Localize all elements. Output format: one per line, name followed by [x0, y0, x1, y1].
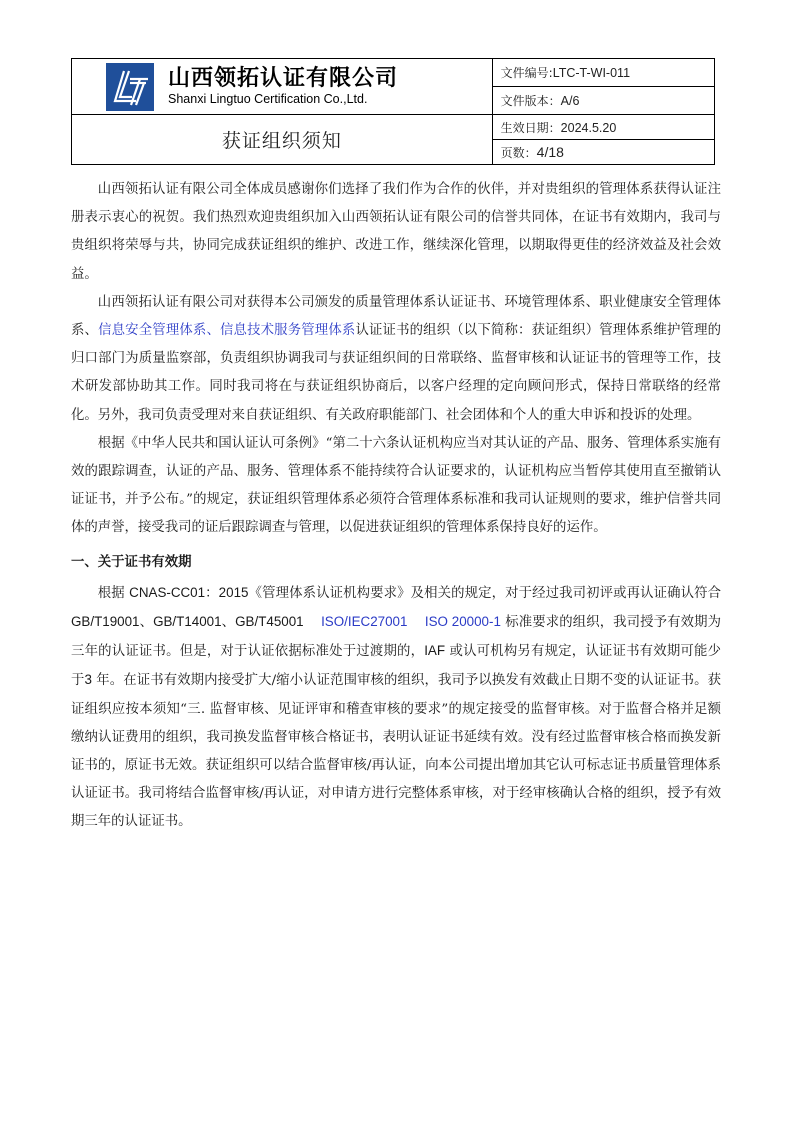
- document-body: 山西领拓认证有限公司全体成员感谢你们选择了我们作为合作的伙伴，并对贵组织的管理体…: [71, 176, 721, 837]
- doc-number: LTC-T-WI-011: [553, 66, 630, 80]
- paragraph-text: 根据: [98, 586, 129, 601]
- iso-20000: ISO 20000-1: [425, 614, 501, 629]
- lt-logo-icon: [106, 63, 154, 111]
- document-title: 获证组织须知: [222, 130, 342, 152]
- company-name-en: Shanxi Lingtuo Certification Co.,Ltd.: [168, 93, 398, 106]
- paragraph-text: 《管理体系认证机构要求》及相关的规定，对于经过我司初评或再认证确认符合: [248, 586, 721, 601]
- paragraph-validity: 根据 CNAS-CC01：2015《管理体系认证机构要求》及相关的规定，对于经过…: [71, 579, 721, 837]
- paragraph-text: 年。在证书有效期内接受扩大/缩小认证范围审核的组织，我司予以换发有效截止日期不变…: [71, 673, 721, 829]
- document-header-table: 山西领拓认证有限公司 Shanxi Lingtuo Certification …: [71, 58, 715, 165]
- cnas-reference: CNAS-CC01：2015: [129, 585, 248, 600]
- three-years: 3: [84, 672, 91, 687]
- effective-date-cell: 生效日期：2024.5.20: [492, 115, 714, 140]
- gb-standards: GB/T19001、GB/T14001、GB/T45001: [71, 614, 304, 629]
- iaf-reference: IAF: [424, 643, 445, 658]
- paragraph-management: 山西领拓认证有限公司对获得本公司颁发的质量管理体系认证证书、环境管理体系、职业健…: [71, 289, 721, 430]
- paragraph-intro: 山西领拓认证有限公司全体成员感谢你们选择了我们作为合作的伙伴，并对贵组织的管理体…: [71, 176, 721, 289]
- doc-number-label: 文件编号:: [501, 66, 553, 80]
- paragraph-regulation: 根据《中华人民共和国认证认可条例》“第二十六条认证机构应当对其认证的产品、服务、…: [71, 430, 721, 543]
- iso-27001: ISO/IEC27001: [321, 614, 407, 629]
- highlighted-systems: 信息安全管理体系、信息技术服务管理体系: [98, 323, 355, 338]
- company-brand-cell: 山西领拓认证有限公司 Shanxi Lingtuo Certification …: [72, 59, 493, 115]
- version-cell: 文件版本：A/6: [492, 87, 714, 115]
- version-label: 文件版本：: [501, 94, 561, 108]
- company-name-cn: 山西领拓认证有限公司: [168, 67, 398, 90]
- effective-date-label: 生效日期：: [501, 121, 561, 135]
- company-brand: 山西领拓认证有限公司 Shanxi Lingtuo Certification …: [72, 59, 492, 114]
- document-title-cell: 获证组织须知: [72, 115, 493, 165]
- doc-number-cell: 文件编号:LTC-T-WI-011: [492, 59, 714, 87]
- version-value: A/6: [561, 94, 580, 108]
- page-number: 4/18: [537, 144, 564, 160]
- section-heading-certificate-validity: 一、关于证书有效期: [71, 549, 721, 577]
- effective-date: 2024.5.20: [561, 121, 617, 135]
- page-count-cell: 页数：4/18: [492, 140, 714, 165]
- page-label: 页数：: [501, 146, 537, 160]
